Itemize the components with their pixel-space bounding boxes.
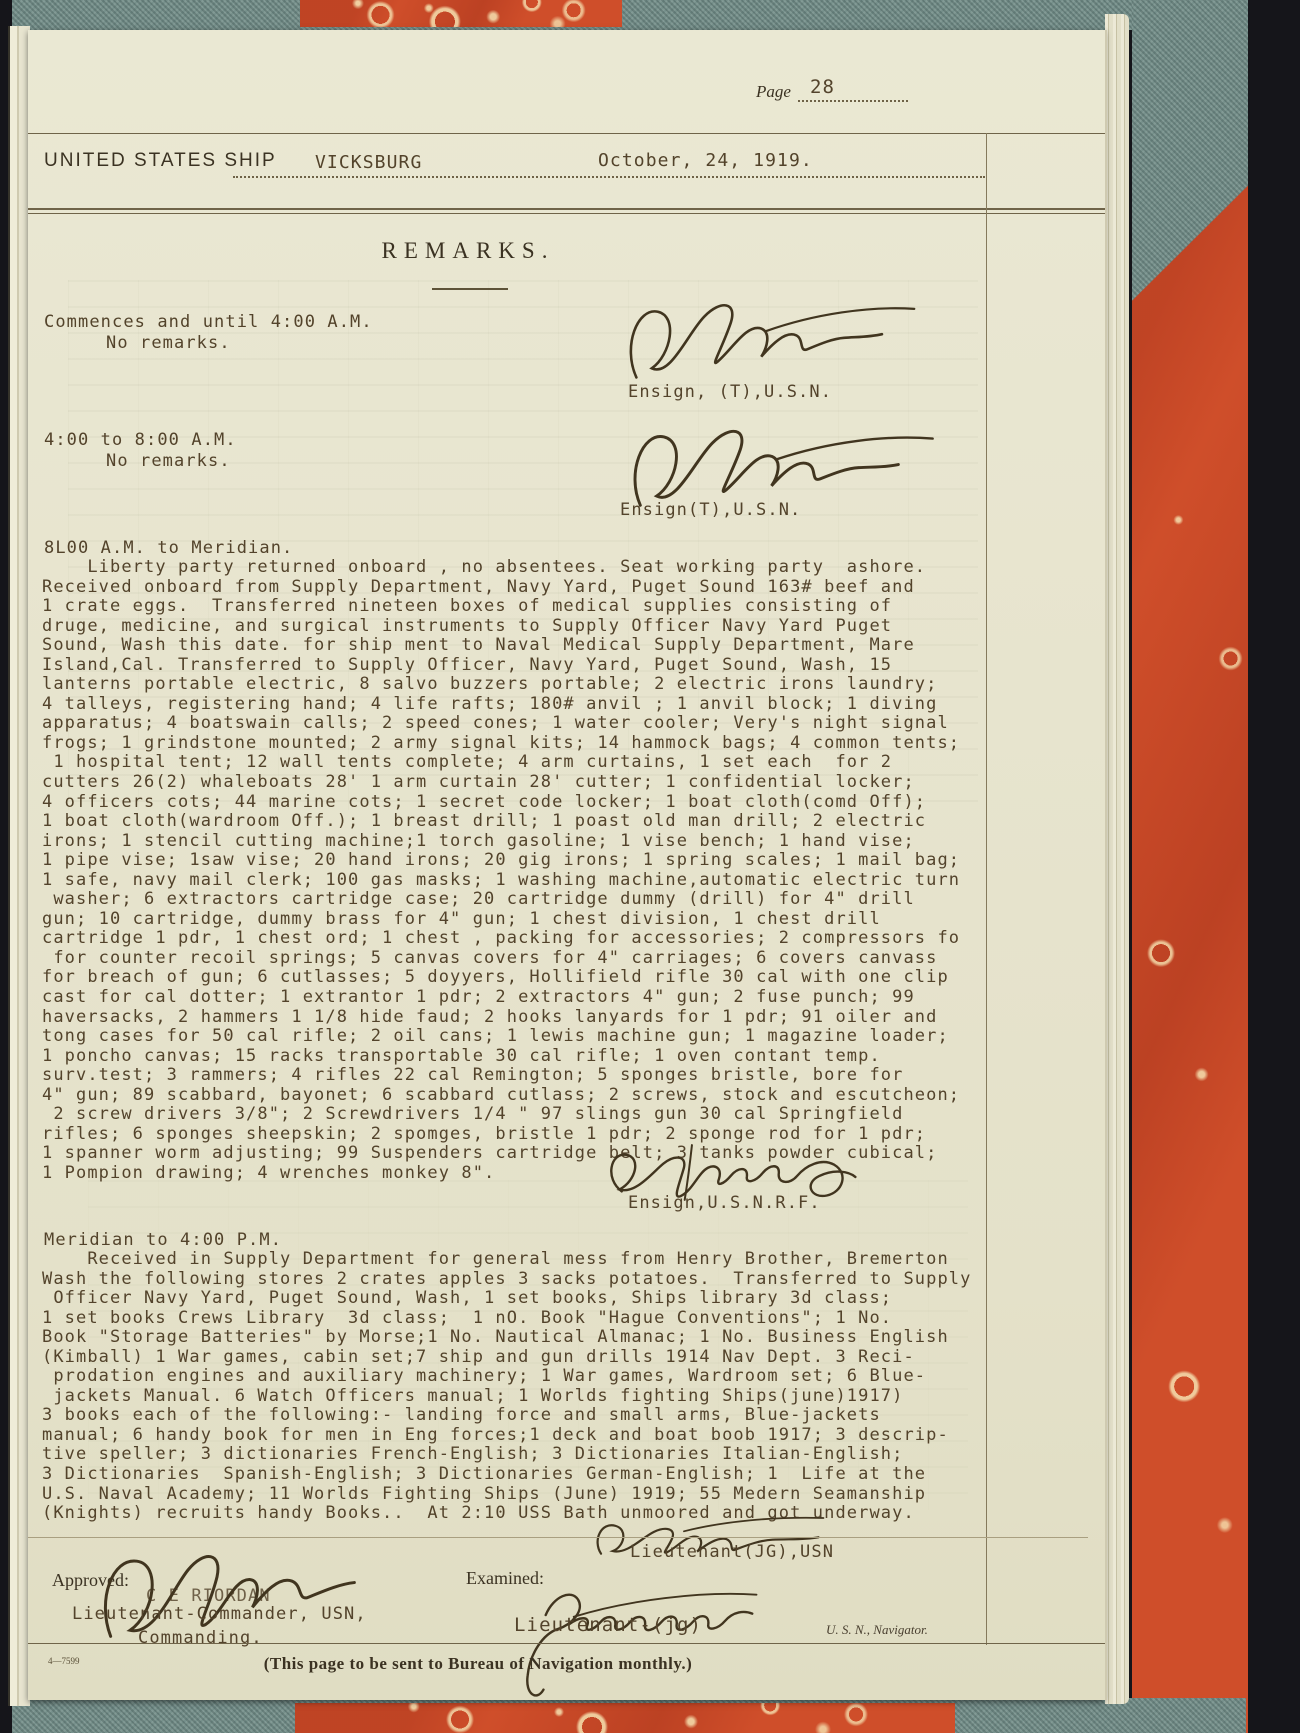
footer-rule — [28, 1643, 1105, 1644]
entry-time-3: 8L00 A.M. to Meridian. — [44, 538, 293, 558]
right-margin-rule — [986, 133, 987, 1645]
remarks-underline — [432, 288, 508, 290]
entry-time-2: 4:00 to 8:00 A.M. — [44, 430, 237, 450]
book-cover-marble-top — [300, 0, 622, 27]
footer-thin-rule — [28, 1537, 1088, 1538]
header-rule-bottom-1 — [28, 208, 1105, 210]
entry-rank-3: Ensign,U.S.N.R.F. — [628, 1193, 821, 1213]
log-date: October, 24, 1919. — [598, 150, 813, 171]
entry-body-2: No remarks. — [106, 451, 231, 471]
entry-body-1: No remarks. — [106, 333, 231, 353]
approved-rank-line1: Lieutenant-Commander, USN, — [72, 1604, 367, 1624]
examined-rank: Lieutenant-(jg) — [514, 1614, 702, 1636]
ship-line-rule — [233, 176, 985, 178]
book-cover-marble-bottom — [295, 1703, 955, 1733]
scanned-logbook-photo: { "page_header": { "page_label": "Page",… — [0, 0, 1300, 1733]
header-rule-top — [28, 133, 1105, 134]
ship-label: UNITED STATES SHIP — [44, 150, 277, 172]
header-rule-bottom-2 — [28, 213, 1105, 214]
log-page: Page 28 UNITED STATES SHIP VICKSBURG Oct… — [28, 30, 1105, 1700]
page-number: 28 — [810, 76, 835, 98]
entry-text-3: Liberty party returned onboard , no abse… — [42, 558, 960, 1184]
entry-rank-4: Lieutenant(JG),USN — [630, 1542, 834, 1562]
entry-rank-1: Ensign, (T),U.S.N. — [628, 382, 832, 402]
entry-text-4: Received in Supply Department for genera… — [42, 1250, 971, 1524]
page-number-rule — [798, 100, 908, 102]
navigator-note: U. S. N., Navigator. — [826, 1622, 928, 1638]
signature-blomquist — [472, 1561, 790, 1712]
page-stack-edge — [1105, 14, 1129, 1704]
page-label: Page — [756, 82, 791, 102]
entry-time-4: Meridian to 4:00 P.M. — [44, 1230, 282, 1250]
entry-time-1: Commences and until 4:00 A.M. — [44, 312, 373, 332]
approved-rank-line2: Commanding. — [138, 1628, 263, 1648]
remarks-title: REMARKS. — [28, 238, 908, 264]
ship-name: VICKSBURG — [315, 152, 422, 173]
previous-page-edge — [8, 26, 30, 1706]
entry-rank-2: Ensign(T),U.S.N. — [620, 500, 801, 520]
bottom-note: (This page to be sent to Bureau of Navig… — [128, 1654, 828, 1674]
form-number: 4—7599 — [48, 1656, 80, 1666]
